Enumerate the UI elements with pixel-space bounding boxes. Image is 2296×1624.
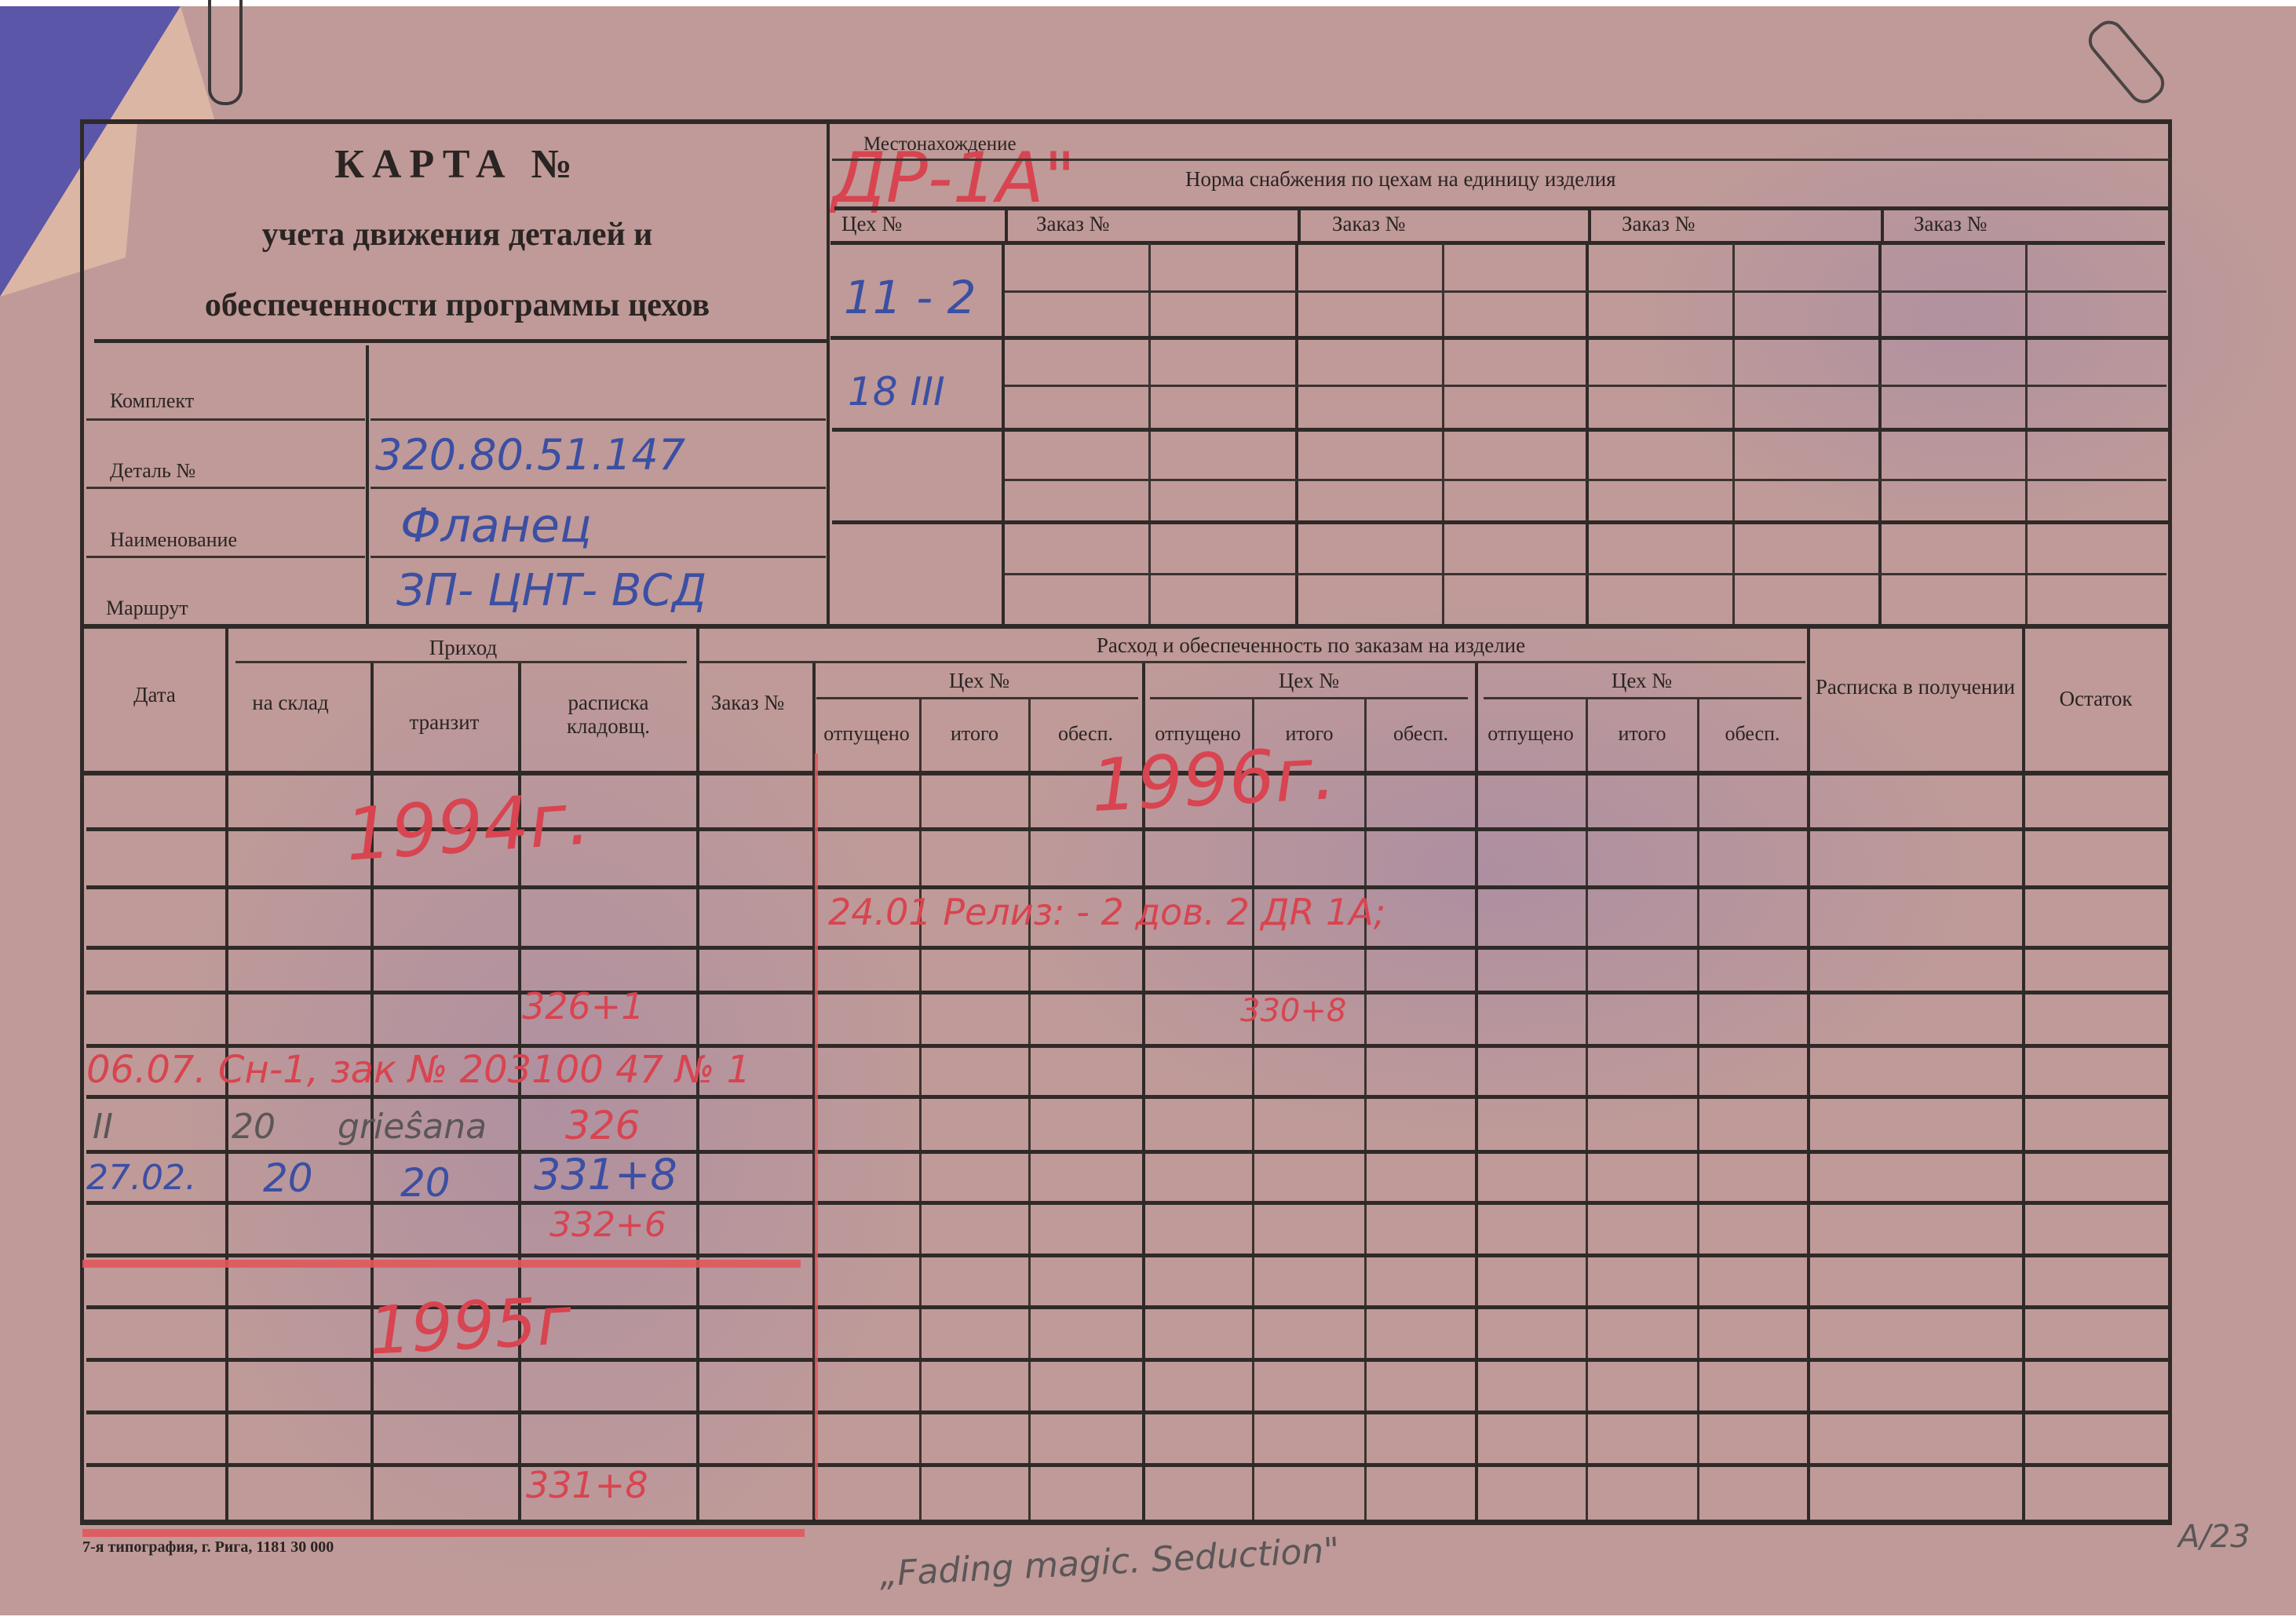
field-label-marshrut: Маршрут	[106, 597, 188, 620]
card-subtitle-1: учета движения деталей и	[86, 216, 828, 254]
entry-ditto-word[interactable]: grieŝana	[338, 1107, 487, 1147]
frame-bottom	[80, 1520, 2172, 1525]
printer-imprint: 7-я типография, г. Рига, 1181 30 000	[82, 1538, 334, 1556]
col-header-order-no: Заказ №	[703, 691, 793, 714]
field-value-marshrut[interactable]: ЗП- ЦНТ- ВСД	[396, 565, 706, 616]
field-rule	[370, 556, 826, 558]
col-divider	[1807, 628, 1810, 1520]
ledger-row	[86, 1254, 2170, 1257]
supply-subrow	[1005, 573, 2166, 575]
col-divider	[1364, 699, 1367, 1520]
col-header-to-warehouse: на склад	[235, 691, 345, 714]
col-divider	[1475, 663, 1478, 1520]
shop-group-rule	[1150, 697, 1468, 699]
entry-ditto-mark[interactable]: II	[93, 1107, 113, 1147]
col-header-date: Дата	[84, 683, 225, 707]
entry-27-02-receipt[interactable]: 331+8	[534, 1150, 677, 1199]
col-divider	[1148, 243, 1151, 624]
paperclip-icon	[208, 0, 243, 105]
col-divider	[1732, 243, 1735, 624]
supply-shop-row-1[interactable]: 11 - 2	[844, 271, 976, 324]
col-divider	[1295, 243, 1298, 624]
income-rule	[235, 661, 687, 663]
note-330-8[interactable]: 330+8	[1240, 993, 1346, 1029]
entry-27-02-date[interactable]: 27.02.	[86, 1158, 196, 1198]
field-label-detal: Деталь №	[110, 459, 195, 483]
col-divider	[1881, 210, 1884, 243]
col-header-receipt: Расписка в получении	[1813, 675, 2017, 699]
supply-subrow	[1005, 479, 2166, 481]
year-1996[interactable]: 1996г.	[1089, 732, 1338, 828]
supply-row	[832, 520, 2170, 524]
shop-1-released: отпущено	[814, 722, 919, 746]
supply-norm-title: Норма снабжения по цехам на единицу изде…	[1185, 167, 1616, 192]
col-divider	[1298, 210, 1301, 243]
col-divider	[1586, 699, 1588, 1520]
entry-ditto-326[interactable]: 326	[565, 1103, 640, 1148]
col-divider	[1005, 210, 1008, 243]
field-value-naimenovanie[interactable]: Фланец	[400, 498, 592, 553]
red-year-divider	[82, 1260, 801, 1268]
fields-divider	[366, 345, 369, 624]
col-divider	[2022, 628, 2025, 1520]
field-rule	[86, 556, 365, 558]
col-header-remainder: Остаток	[2025, 687, 2166, 711]
col-header-consumption: Расход и обеспеченность по заказам на из…	[816, 633, 1805, 658]
shop-group-2-label: Цех №	[1146, 669, 1472, 693]
ledger-row	[86, 946, 2170, 950]
supply-order-header-3: Заказ №	[1622, 212, 1695, 236]
col-divider	[1586, 243, 1589, 624]
col-divider	[1028, 699, 1031, 1520]
shop-2-provided: обесп.	[1367, 722, 1475, 746]
title-block-right-border	[827, 119, 830, 626]
note-331-8[interactable]: 331+8	[526, 1464, 648, 1506]
col-divider	[1878, 243, 1882, 624]
note-326-1[interactable]: 326+1	[522, 985, 644, 1027]
supply-row	[832, 428, 2170, 432]
red-margin-line	[815, 754, 818, 1519]
field-rule	[370, 418, 826, 421]
ledger-row	[86, 1201, 2170, 1205]
entry-27-02-warehouse[interactable]: 20	[263, 1155, 313, 1201]
supply-subrow	[1005, 290, 2166, 293]
ledger-row	[86, 991, 2170, 994]
supply-shop-row-2[interactable]: 18 III	[848, 369, 945, 414]
ledger-row	[86, 1095, 2170, 1099]
col-divider	[2025, 243, 2028, 624]
supply-header-rule	[830, 241, 2165, 245]
col-header-income: Приход	[228, 636, 699, 660]
col-divider	[1442, 243, 1444, 624]
field-rule	[86, 487, 365, 489]
location-rule	[832, 159, 2170, 161]
shop-1-total: итого	[922, 722, 1028, 746]
year-1994[interactable]: 1994г.	[343, 776, 593, 877]
col-divider	[919, 699, 922, 1520]
field-label-komplekt: Комплект	[110, 389, 194, 413]
shop-3-total: итого	[1588, 722, 1696, 746]
supply-shop-header: Цех №	[841, 212, 902, 236]
field-value-detal[interactable]: 320.80.51.147	[375, 430, 685, 480]
supply-row	[830, 336, 2169, 340]
ledger-row	[86, 1150, 2170, 1154]
col-divider	[1588, 210, 1591, 243]
frame-left	[80, 119, 84, 1524]
shop-3-released: отпущено	[1477, 722, 1585, 746]
field-rule	[86, 418, 365, 421]
shop-3-provided: обесп.	[1699, 722, 1805, 746]
shop-group-3-label: Цех №	[1479, 669, 1805, 693]
ledger-row	[86, 1411, 2170, 1414]
entry-27-02-transit[interactable]: 20	[400, 1160, 451, 1206]
entry-06-07[interactable]: 06.07. Сн-1, зак № 203100 47 № 1	[86, 1048, 750, 1092]
note-332-6[interactable]: 332+6	[549, 1205, 666, 1245]
col-divider	[1252, 699, 1254, 1520]
title-divider	[94, 339, 828, 343]
frame-right	[2168, 119, 2172, 1524]
entry-ditto-20[interactable]: 20	[232, 1107, 276, 1147]
col-divider	[1697, 699, 1699, 1520]
col-divider	[1002, 243, 1005, 624]
entry-24-01[interactable]: 24.01 Релиз: - 2 дов. 2 ДR 1А;	[828, 891, 1385, 933]
year-1995[interactable]: 1995г	[367, 1282, 574, 1369]
field-label-naimenovanie: Наименование	[110, 528, 237, 552]
card-title: КАРТА №	[86, 141, 828, 188]
upper-lower-divider	[80, 624, 2172, 629]
supply-subrow	[1005, 385, 2166, 387]
supply-order-header-4: Заказ №	[1914, 212, 1987, 236]
supply-norm-rule	[834, 206, 2169, 210]
field-rule	[370, 487, 826, 489]
margin-note-signature[interactable]: А/23	[2178, 1519, 2250, 1555]
consumption-rule	[699, 661, 1805, 663]
supply-order-header-1: Заказ №	[1036, 212, 1109, 236]
col-header-storekeeper-receipt: расписка кладовщ.	[534, 691, 683, 738]
ledger-row	[86, 885, 2170, 889]
shop-group-1-label: Цех №	[816, 669, 1142, 693]
ledger-row	[86, 1463, 2170, 1467]
frame-top	[80, 119, 2172, 124]
shop-group-rule	[816, 697, 1138, 699]
red-bottom-line	[82, 1529, 805, 1537]
col-header-transit: транзит	[374, 710, 515, 735]
card-subtitle-2: обеспеченности программы цехов	[86, 286, 828, 324]
shop-group-rule	[1484, 697, 1801, 699]
supply-order-header-2: Заказ №	[1332, 212, 1405, 236]
